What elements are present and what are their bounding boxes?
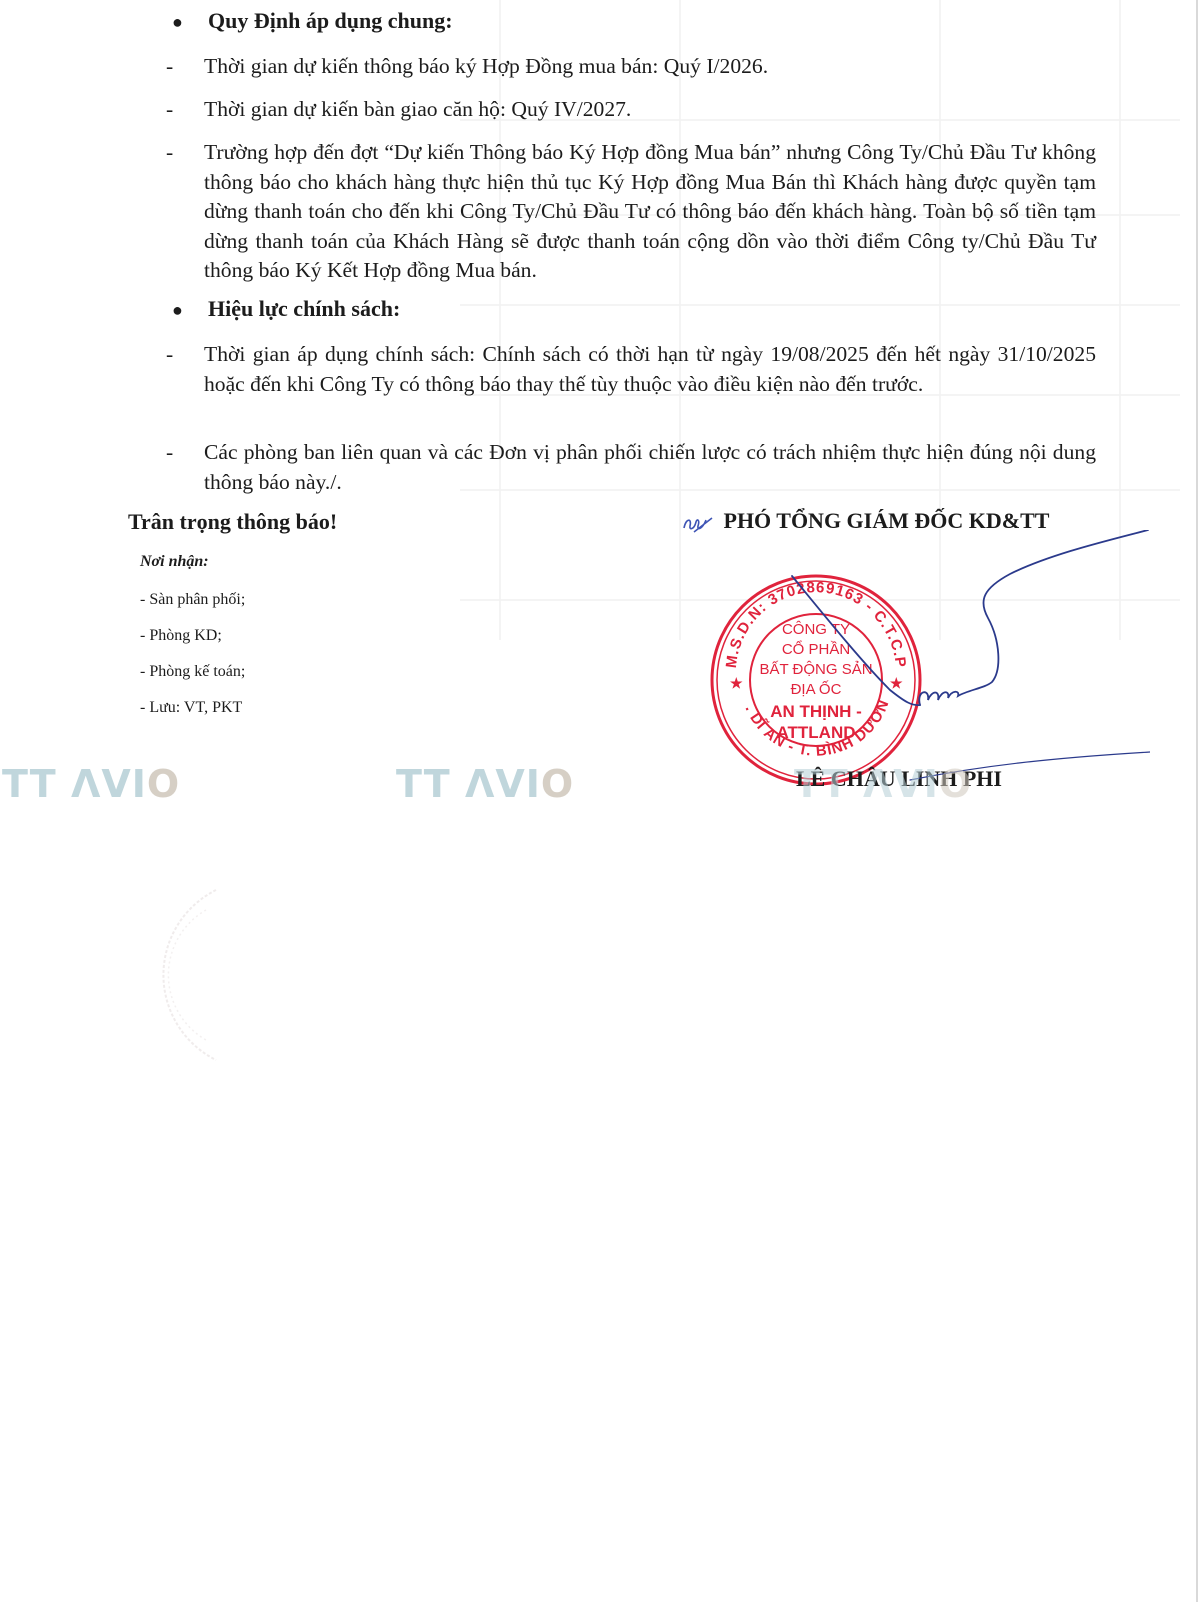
bullet-icon: ●	[172, 12, 208, 33]
list-item: - Thời gian dự kiến thông báo ký Hợp Đồn…	[166, 52, 1096, 82]
section-heading-validity: ●Hiệu lực chính sách:	[172, 296, 400, 322]
svg-text:★: ★	[730, 675, 743, 691]
handwritten-signature	[770, 530, 1150, 800]
dash-icon: -	[166, 438, 173, 468]
dash-icon: -	[166, 52, 173, 82]
page-edge-line	[1196, 0, 1198, 1602]
watermark-logo: TT ΛVIO	[396, 762, 574, 806]
recipient-item: - Phòng KD;	[140, 627, 222, 645]
bleed-through-seal	[46, 880, 226, 1070]
dash-icon: -	[166, 138, 173, 168]
recipient-item: - Phòng kế toán;	[140, 663, 245, 681]
recipient-item: - Lưu: VT, PKT	[140, 699, 242, 717]
dash-icon: -	[166, 95, 173, 125]
recipient-item: - Sàn phân phối;	[140, 591, 245, 609]
dash-icon: -	[166, 340, 173, 370]
list-item: - Thời gian dự kiến bàn giao căn hộ: Quý…	[166, 95, 1096, 125]
list-item: - Các phòng ban liên quan và các Đơn vị …	[166, 438, 1096, 497]
list-item: - Trường hợp đến đợt “Dự kiến Thông báo …	[166, 138, 1096, 286]
watermark-logo: TT ΛVIO	[794, 762, 972, 806]
list-item: - Thời gian áp dụng chính sách: Chính sá…	[166, 340, 1096, 399]
closing-text: Trân trọng thông báo!	[128, 509, 337, 535]
recipients-label: Nơi nhận:	[140, 553, 209, 571]
initials-icon	[680, 510, 718, 536]
bullet-icon: ●	[172, 300, 208, 321]
watermark-logo: TT ΛVIO	[2, 762, 180, 806]
section-heading-general: ●Quy Định áp dụng chung:	[172, 8, 453, 34]
